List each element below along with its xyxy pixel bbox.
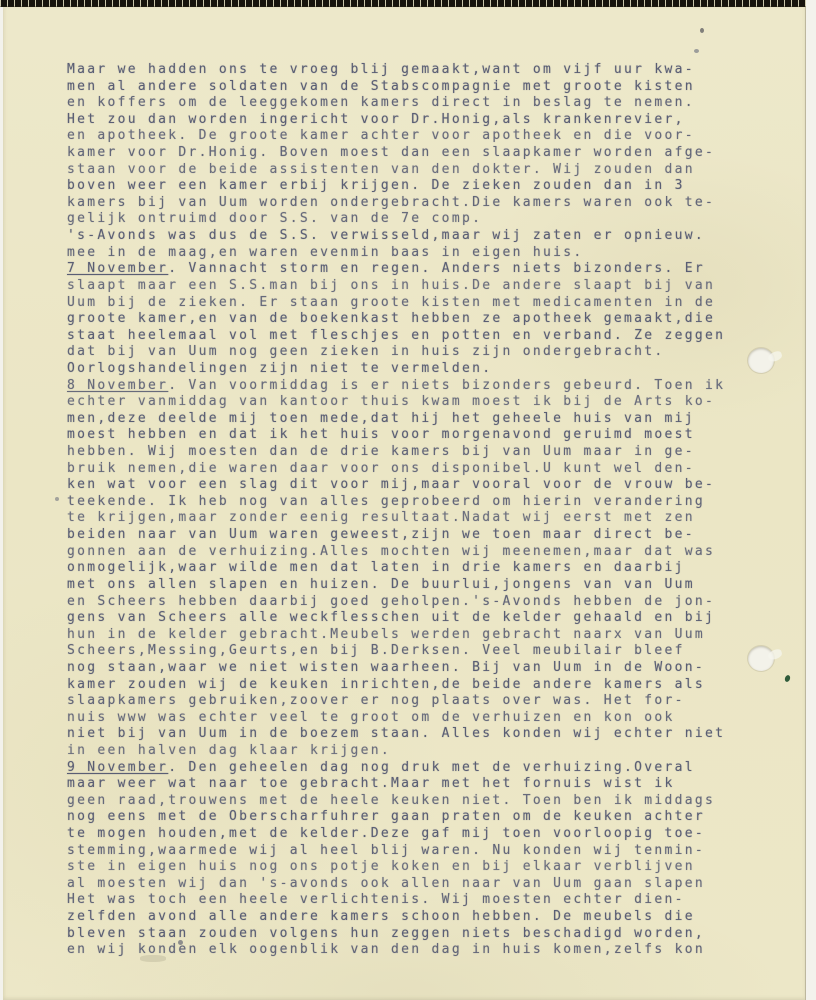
- text-line: en Scheers hebben daarbij goed geholpen.…: [67, 594, 772, 611]
- text-line: staan voor de beide assistenten van den …: [67, 162, 772, 179]
- text-line: en wij konden elk oogenblik van den dag …: [67, 942, 772, 959]
- paper-sheet: Maar we hadden ons te vroeg blij gemaakt…: [3, 7, 806, 1000]
- text-line: Oorlogshandelingen zijn niet te vermelde…: [67, 361, 772, 378]
- text-line: men,deze deelde mij toen mede,dat hij he…: [67, 411, 772, 428]
- text-line: boven weer een kamer erbij krijgen. De z…: [67, 178, 772, 195]
- text-line: men al andere soldaten van de Stabscompa…: [67, 79, 772, 96]
- text-line: Het zou dan worden ingericht voor Dr.Hon…: [67, 112, 772, 129]
- text-line: dat bij van Uum nog geen zieken in huis …: [67, 344, 772, 361]
- torn-perforated-edge: [0, 0, 806, 7]
- text-line: stemming,waarmede wij al heel blij waren…: [67, 843, 772, 860]
- text-line: hebben. Wij moesten dan de drie kamers b…: [67, 444, 772, 461]
- text-line: Scheers,Messing,Geurts,en bij B.Derksen.…: [67, 643, 772, 660]
- text-line: in een halven dag klaar krijgen.: [67, 743, 772, 760]
- text-line: en apotheek. De groote kamer achter voor…: [67, 128, 772, 145]
- text-line: ken wat voor een slag dit voor mij,maar …: [67, 477, 772, 494]
- text-line: kamers bij van Uum worden ondergebracht.…: [67, 195, 772, 212]
- text-line: beiden naar van Uum waren geweest,zijn w…: [67, 527, 772, 544]
- text-line: met ons allen slapen en huizen. De buurl…: [67, 577, 772, 594]
- text-line: ste in eigen huis nog ons potje koken en…: [67, 859, 772, 876]
- text-line: bleven staan zouden volgens hun zeggen n…: [67, 926, 772, 943]
- text-line: groote kamer,en van de boekenkast hebben…: [67, 311, 772, 328]
- text-line: niet bij van Uum in de boezem staan. All…: [67, 726, 772, 743]
- text-line: te krijgen,maar zonder eenig resultaat.N…: [67, 510, 772, 527]
- text-line: zelfden avond alle andere kamers schoon …: [67, 909, 772, 926]
- text-line: 7 November. Vannacht storm en regen. And…: [67, 261, 772, 278]
- text-line: teekende. Ik heb nog van alles geprobeer…: [67, 494, 772, 511]
- text-line: gens van Scheers alle weckflesschen uit …: [67, 610, 772, 627]
- text-line: 8 November. Van voormiddag is er niets b…: [67, 378, 772, 395]
- text-line: moest hebben en dat ik het huis voor mor…: [67, 427, 772, 444]
- text-line: nuis www was echter veel te groot om de …: [67, 710, 772, 727]
- text-line: Het was toch een heele verlichtenis. Wij…: [67, 892, 772, 909]
- text-line: al moesten wij dan 's-avonds ook allen n…: [67, 876, 772, 893]
- text-line: slaapt maar een S.S.man bij ons in huis.…: [67, 278, 772, 295]
- ink-speck: [694, 49, 699, 53]
- text-line: 9 November. Den geheelen dag nog druk me…: [67, 760, 772, 777]
- text-line: en koffers om de leeggekomen kamers dire…: [67, 95, 772, 112]
- text-line: kamer zouden wij de keuken inrichten,de …: [67, 677, 772, 694]
- typewritten-text-block: Maar we hadden ons te vroeg blij gemaakt…: [67, 62, 772, 959]
- punch-hole-bottom: [748, 646, 774, 671]
- smudge-mark: [140, 955, 166, 962]
- text-line: Maar we hadden ons te vroeg blij gemaakt…: [67, 62, 772, 79]
- text-line: mee in de maag,en waren evenmin baas in …: [67, 245, 772, 262]
- text-line: gonnen aan de verhuizing.Alles mochten w…: [67, 544, 772, 561]
- text-line: nog eens met de Oberscharfuhrer gaan pra…: [67, 809, 772, 826]
- scanned-page: Maar we hadden ons te vroeg blij gemaakt…: [0, 0, 816, 1000]
- date-heading: 8 November: [67, 378, 168, 393]
- text-line: staat heelemaal vol met fleschjes en pot…: [67, 328, 772, 345]
- ink-speck: [178, 940, 183, 945]
- text-line: slaapkamers gebruiken,zoover er nog plaa…: [67, 693, 772, 710]
- text-line: bruik nemen,die waren daar voor ons disp…: [67, 461, 772, 478]
- text-line: kamer voor Dr.Honig. Boven moest dan een…: [67, 145, 772, 162]
- punch-hole-top: [748, 348, 774, 373]
- text-line: maar weer wat naar toe gebracht.Maar met…: [67, 776, 772, 793]
- date-heading: 9 November: [67, 760, 168, 775]
- text-line: gelijk ontruimd door S.S. van de 7e comp…: [67, 211, 772, 228]
- date-heading: 7 November: [67, 261, 168, 276]
- text-line: onmogelijk,waar wilde men dat laten in d…: [67, 560, 772, 577]
- text-line: geen raad,trouwens met de heele keuken n…: [67, 793, 772, 810]
- scan-edge-left: [0, 7, 3, 1000]
- text-line: Uum bij de zieken. Er staan groote kiste…: [67, 295, 772, 312]
- text-line: te mogen houden,met de kelder.Deze gaf m…: [67, 826, 772, 843]
- ink-speck: [55, 497, 59, 501]
- text-line: 's-Avonds was dus de S.S. verwisseld,maa…: [67, 228, 772, 245]
- ink-speck: [700, 28, 704, 33]
- text-line: hun in de kelder gebracht.Meubels werden…: [67, 627, 772, 644]
- text-line: echter vanmiddag van kantoor thuis kwam …: [67, 394, 772, 411]
- text-line: nog staan,waar we niet wisten waarheen. …: [67, 660, 772, 677]
